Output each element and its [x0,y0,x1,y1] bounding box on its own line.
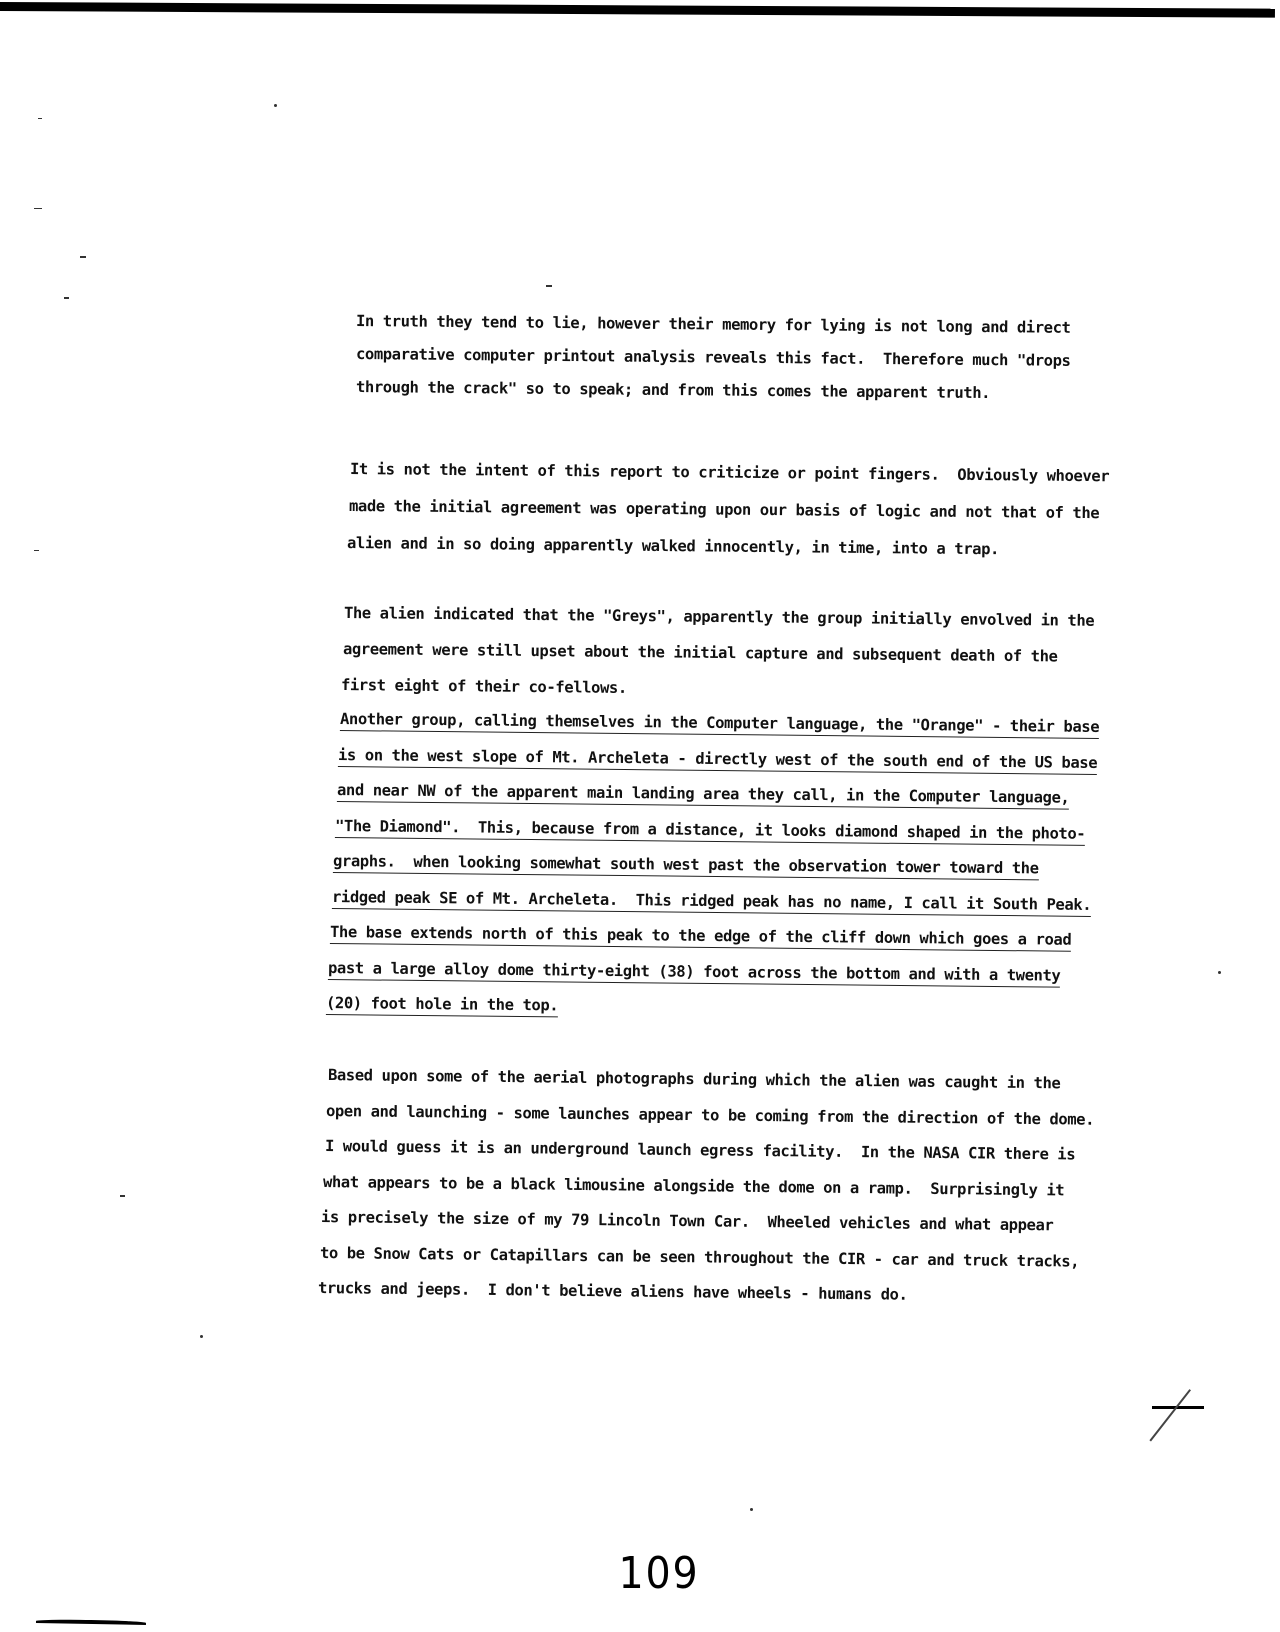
scan-speck [274,104,277,107]
page-number: 109 [618,1548,699,1599]
document-page: In truth they tend to lie, however their… [0,0,1280,1632]
scan-speck [120,1195,125,1197]
text-line: alien and in so doing apparently walked … [347,534,999,558]
text-line: first eight of their co-fellows. [341,676,627,697]
text-line: trucks and jeeps. I don't believe aliens… [318,1279,908,1304]
text-line: what appears to be a black limousine alo… [323,1173,1065,1199]
scan-speck [750,1508,753,1511]
document-body: In truth they tend to lie, however their… [0,0,1280,1632]
underlined-text-line: (20) foot hole in the top. [326,994,558,1017]
text-line: through the crack" so to speak; and from… [356,378,990,402]
text-line: to be Snow Cats or Catapillars can be se… [319,1244,1078,1271]
underlined-text-line: graphs. when looking somewhat south west… [333,852,1039,880]
scan-speck [38,118,42,119]
text-line: It is not the intent of this report to c… [350,460,1109,485]
scan-speck [34,208,42,209]
text-line: In truth they tend to lie, however their… [356,312,1071,337]
scan-speck [34,550,39,551]
underlined-text-line: ridged peak SE of Mt. Archeleta. This ri… [331,888,1090,917]
scan-speck [64,297,69,299]
underlined-text-line: past a large alloy dome thirty-eight (38… [328,959,1061,988]
text-line: I would guess it is an underground launc… [324,1137,1074,1164]
text-line: comparative computer printout analysis r… [356,345,1071,370]
scan-speck [1218,971,1221,974]
underlined-text-line: The base extends north of this peak to t… [330,923,1072,952]
underlined-text-line: "The Diamond". This, because from a dist… [335,817,1085,846]
underlined-text-line: Another group, calling themselves in the… [340,710,1099,739]
scan-speck [80,256,86,258]
underlined-text-line: and near NW of the apparent main landing… [336,781,1069,810]
margin-annotation-mark [1152,1406,1204,1409]
text-line: made the initial agreement was operating… [348,497,1098,522]
text-line: open and launching - some launches appea… [326,1102,1094,1129]
text-line: The alien indicated that the "Greys", ap… [344,604,1094,630]
text-line: agreement were still upset about the ini… [342,640,1057,665]
scan-speck [200,1335,203,1338]
text-line: is precisely the size of my 79 Lincoln T… [321,1208,1054,1234]
underlined-text-line: is on the west slope of Mt. Archeleta - … [338,746,1097,775]
scan-speck [546,285,552,287]
text-line: Based upon some of the aerial photograph… [328,1066,1061,1092]
